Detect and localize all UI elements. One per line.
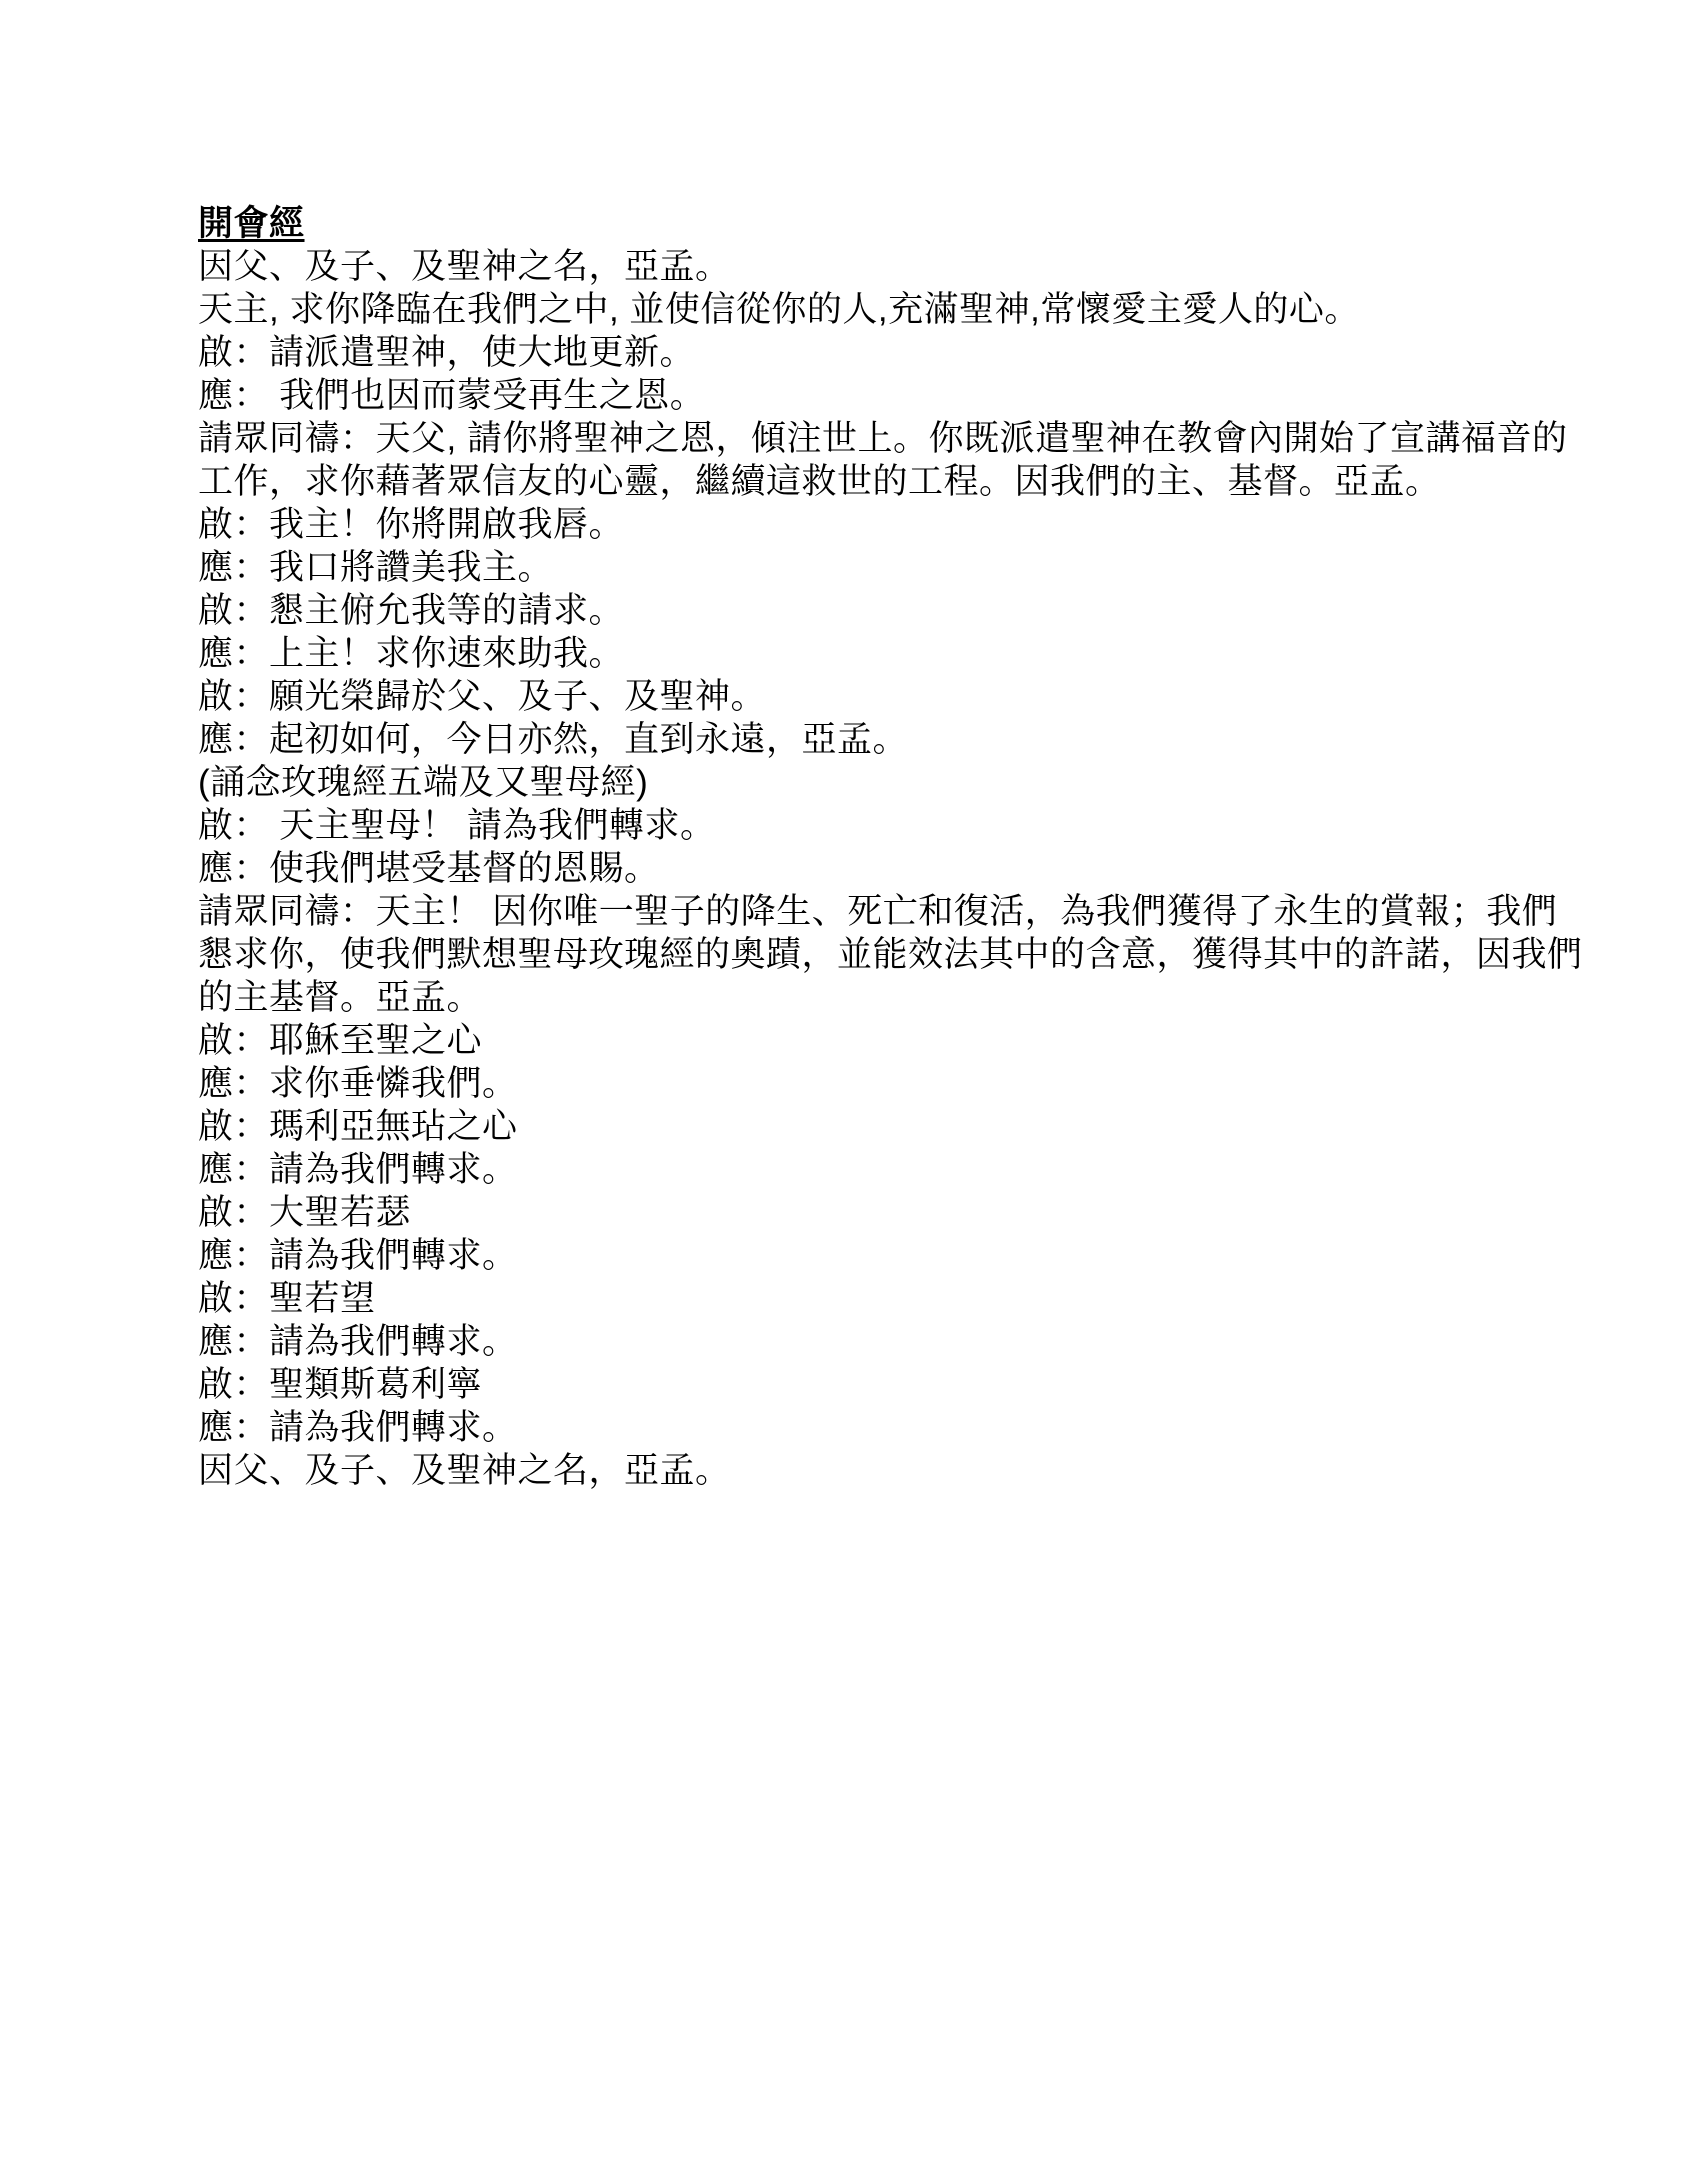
text-line: 因父、及子、及聖神之名，亞孟。: [198, 1449, 1503, 1492]
text-line: 應：請為我們轉求。: [198, 1406, 1503, 1449]
text-line: 啟：請派遣聖神，使大地更新。: [198, 331, 1503, 374]
text-line: 請眾同禱：天主！ 因你唯一聖子的降生、死亡和復活，為我們獲得了永生的賞報；我們: [198, 890, 1503, 933]
text-line: 啟：耶穌至聖之心: [198, 1019, 1503, 1062]
document-title: 開會經: [198, 202, 1503, 245]
text-line: 因父、及子、及聖神之名，亞孟。: [198, 245, 1503, 288]
text-line: 應：使我們堪受基督的恩賜。: [198, 847, 1503, 890]
text-line: 應：請為我們轉求。: [198, 1148, 1503, 1191]
text-line: 啟：聖類斯葛利寧: [198, 1363, 1503, 1406]
text-line: 應：上主！求你速來助我。: [198, 632, 1503, 675]
text-line: 啟： 天主聖母！ 請為我們轉求。: [198, 804, 1503, 847]
text-line: 啟：聖若望: [198, 1277, 1503, 1320]
text-line: 工作，求你藉著眾信友的心靈，繼續這救世的工程。因我們的主、基督。亞孟。: [198, 460, 1503, 503]
text-line: 應：起初如何，今日亦然，直到永遠，亞孟。: [198, 718, 1503, 761]
text-line: 啟：願光榮歸於父、及子、及聖神。: [198, 675, 1503, 718]
document-page: 開會經 因父、及子、及聖神之名，亞孟。天主, 求你降臨在我們之中, 並使信從你的…: [0, 0, 1683, 2178]
text-line: 應：我口將讚美我主。: [198, 546, 1503, 589]
text-line: (誦念玫瑰經五端及又聖母經): [198, 761, 1503, 804]
text-line: 啟：懇主俯允我等的請求。: [198, 589, 1503, 632]
text-line: 啟：大聖若瑟: [198, 1191, 1503, 1234]
text-line: 懇求你，使我們默想聖母玫瑰經的奧蹟，並能效法其中的含意，獲得其中的許諾，因我們: [198, 933, 1503, 976]
text-line: 應：求你垂憐我們。: [198, 1062, 1503, 1105]
text-line: 啟：瑪利亞無玷之心: [198, 1105, 1503, 1148]
text-line: 的主基督。亞孟。: [198, 976, 1503, 1019]
text-line: 應：請為我們轉求。: [198, 1320, 1503, 1363]
text-line: 應： 我們也因而蒙受再生之恩。: [198, 374, 1503, 417]
document-title-text: 開會經: [198, 204, 305, 243]
text-line: 應：請為我們轉求。: [198, 1234, 1503, 1277]
text-line: 啟：我主！你將開啟我唇。: [198, 503, 1503, 546]
text-line: 天主, 求你降臨在我們之中, 並使信從你的人,充滿聖神,常懷愛主愛人的心。: [198, 288, 1503, 331]
text-line: 請眾同禱：天父, 請你將聖神之恩，傾注世上。你既派遣聖神在教會內開始了宣講福音的: [198, 417, 1503, 460]
document-body: 因父、及子、及聖神之名，亞孟。天主, 求你降臨在我們之中, 並使信從你的人,充滿…: [198, 245, 1503, 1492]
